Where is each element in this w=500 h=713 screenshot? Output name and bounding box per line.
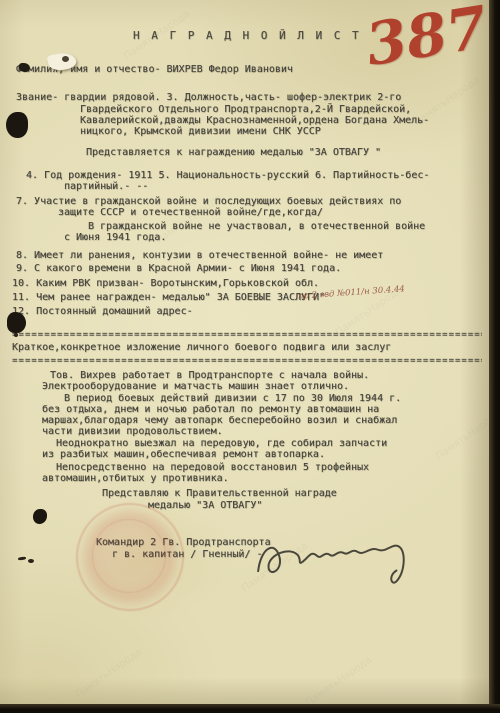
feat-line: В период боевых действий дивизии с 17 по… (64, 393, 401, 404)
scan-edge-right (489, 0, 500, 713)
field-war-participation: 7. Участие в гражданской войне и последу… (16, 196, 401, 207)
ink-speck (28, 559, 34, 563)
field-drafted-by: 10. Каким РВК призван- Воротынским,Горьк… (12, 278, 319, 289)
feat-line: Неоднократно выезжал на передовую, где с… (56, 438, 387, 449)
field-prior-award: 11. Чем ранее награжден- медалью" ЗА БОЕ… (12, 292, 325, 303)
conclusion-line: медалью "ЗА ОТВАГУ" (148, 500, 262, 511)
field-birth-nationality-party: партийный.- -- (64, 181, 148, 192)
watermark: ПамятьНарода (74, 647, 144, 701)
field-home-address: 12. Постоянный домашний адрес- (12, 306, 193, 317)
feat-line: без отдыха, днем и ночью работал по ремо… (42, 404, 379, 415)
field-wounds: 8. Имеет ли ранения, контузии в отечеств… (16, 250, 383, 261)
round-seal-stamp (76, 503, 184, 611)
feat-line: маршах,благодаря чему автопарк бесперебо… (42, 415, 397, 426)
field-presented-for-award: Представляется к награждению медалью "ЗА… (86, 147, 381, 158)
feat-line: части дивизии продовольствием. (42, 426, 223, 437)
page-number-stamp: 387 (361, 0, 491, 79)
ink-speck (18, 556, 26, 560)
feat-line: Тов. Вихрев работает в Продтранспорте с … (50, 370, 369, 381)
feat-line: автомашин,отбитых у противника. (42, 473, 229, 484)
field-rank-unit: Звание- гвардии рядовой. 3. Должность,ча… (16, 92, 401, 103)
field-war-participation: защите СССР и отечественной войне/где,ко… (58, 207, 323, 218)
ink-speck (19, 63, 30, 72)
feat-section-header: Краткое,конкретное изложение личного бое… (12, 342, 391, 353)
document-title: Н А Г Р А Д Н О Й Л И С Т (133, 30, 361, 41)
field-rank-unit: Кавалерийской,дважды Краснознаменной,орд… (80, 115, 429, 126)
field-rank-unit: Гвардейского Отдельного Продтранспорта,2… (80, 104, 411, 115)
field-war-participation: с Июня 1941 года. (64, 232, 166, 243)
typed-separator-line: ========================================… (12, 356, 482, 367)
field-service-since: 9. С какого времени в Красной Армии- с И… (16, 263, 341, 274)
feat-line: Электрооборудование и матчасть машин зна… (42, 381, 349, 392)
ink-speck (62, 56, 69, 62)
award-sheet-scan: ПамятьНарода ПамятьНарода ПамятьНарода П… (0, 0, 500, 713)
watermark: ПамятьНарода (304, 655, 374, 709)
round-seal-inner-ring (92, 519, 166, 593)
field-war-participation: В гражданской войне не участвовал, в оте… (88, 221, 425, 232)
punch-hole (7, 312, 26, 333)
ink-speck (14, 333, 18, 337)
field-birth-nationality-party: 4. Год рождения- 1911 5. Национальность-… (26, 170, 429, 181)
feat-line: Непосредственно на передовой восстановил… (56, 462, 369, 473)
feat-line: из разбитых машин,обеспечивая ремонт авт… (42, 449, 325, 460)
punch-hole (6, 112, 28, 138)
typed-separator-line: ========================================… (12, 330, 482, 341)
punch-hole (33, 509, 47, 524)
field-rank-unit: ницкого, Крымской дивизии имени СНК УССР (80, 126, 321, 137)
signature-scrawl (249, 517, 415, 617)
conclusion-line: Представляю к Правительственной награде (102, 488, 337, 499)
scan-edge-bottom (0, 704, 500, 713)
